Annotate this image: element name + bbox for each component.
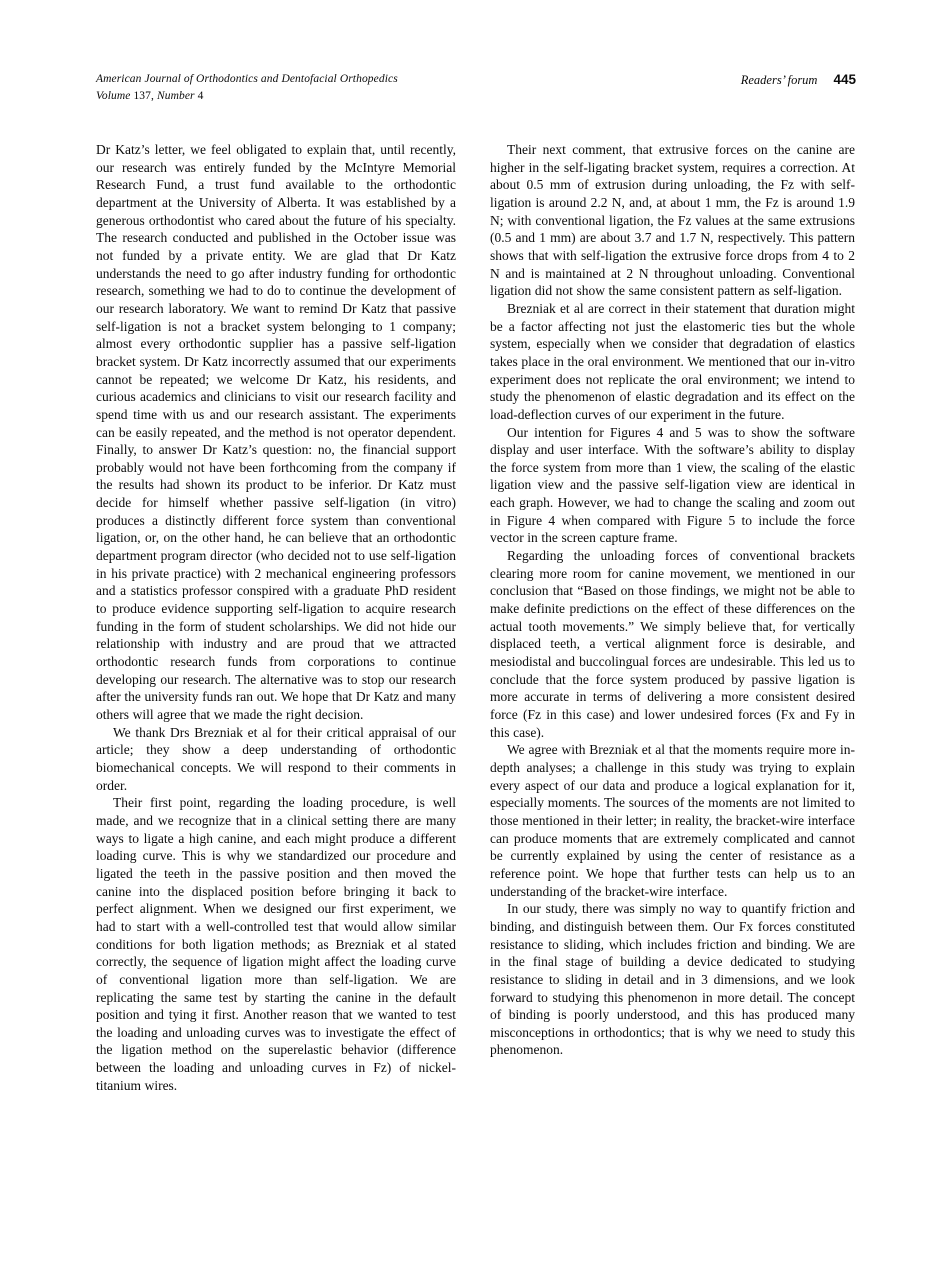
right-column: Their next comment, that extrusive force… [490, 141, 855, 1094]
two-column-body: Dr Katz’s letter, we feel obligated to e… [96, 141, 855, 1094]
left-column: Dr Katz’s letter, we feel obligated to e… [96, 141, 456, 1094]
issue-label: Number [157, 90, 195, 102]
section-title: Readers’ forum [741, 73, 818, 88]
paragraph: In our study, there was simply no way to… [490, 900, 855, 1059]
paragraph: We thank Drs Brezniak et al for their cr… [96, 724, 456, 795]
paragraph: We agree with Brezniak et al that the mo… [490, 741, 855, 900]
running-head-right: Readers’ forum 445 [741, 71, 856, 88]
running-head: American Journal of Orthodontics and Den… [96, 71, 856, 104]
issue-number: 4 [198, 90, 204, 102]
paragraph: Their first point, regarding the loading… [96, 794, 456, 1094]
journal-identification: American Journal of Orthodontics and Den… [96, 71, 398, 104]
journal-title: American Journal of Orthodontics and Den… [96, 71, 398, 88]
page-number: 445 [833, 72, 856, 87]
paragraph: Regarding the unloading forces of conven… [490, 547, 855, 741]
paragraph: Brezniak et al are correct in their stat… [490, 300, 855, 424]
paragraph: Our intention for Figures 4 and 5 was to… [490, 424, 855, 548]
paragraph: Their next comment, that extrusive force… [490, 141, 855, 300]
volume-number: 137, [133, 90, 154, 102]
paragraph: Dr Katz’s letter, we feel obligated to e… [96, 141, 456, 724]
journal-volume-line: Volume 137, Number 4 [96, 88, 398, 105]
journal-page: American Journal of Orthodontics and Den… [0, 0, 950, 1272]
volume-label: Volume [96, 90, 130, 102]
